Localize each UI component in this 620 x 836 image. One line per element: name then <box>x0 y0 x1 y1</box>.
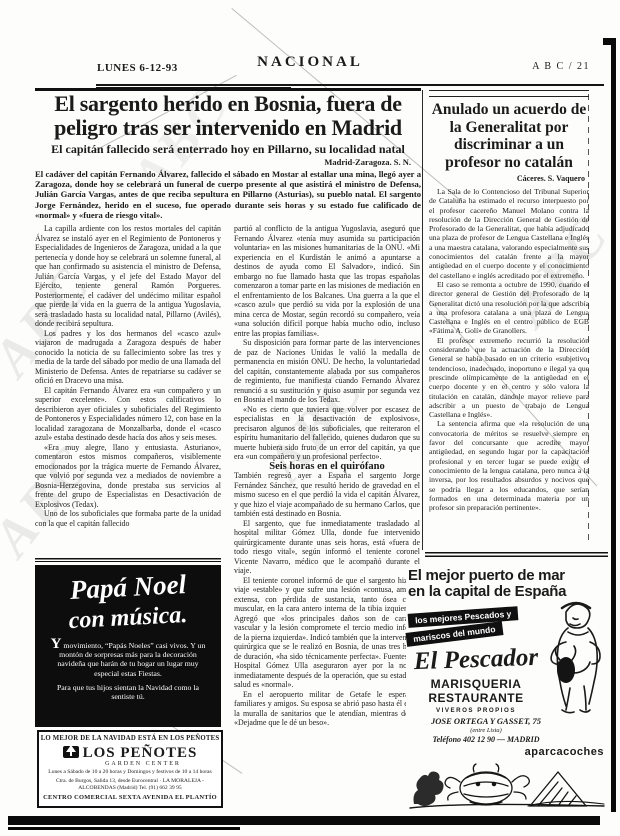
ad-body-text: Y movimiento, “Papás Noeles” casi vivos.… <box>45 640 211 678</box>
pescador-address: JOSE ORTEGA Y GASSET, 75 <box>406 716 566 726</box>
body-paragraph: El capitán Fernando Álvarez era «un comp… <box>35 386 221 443</box>
penotes-hours: Lunes a Sábado de 10 a 20 horas y Doming… <box>39 769 221 776</box>
penotes-footer: CENTRO COMERCIAL SEXTA AVENIDA EL PLANTÍ… <box>39 794 221 801</box>
right-article: Anulado un acuerdo de la Generalitat por… <box>429 90 589 548</box>
ad-papa-noel[interactable]: Papá Noel con música. Y movimiento, “Pap… <box>35 565 221 727</box>
penotes-tree-icon <box>63 744 79 763</box>
right-edge-notch <box>603 38 616 45</box>
pescador-logo: El Pescador <box>406 644 547 677</box>
column-left: La capilla ardiente con los restos morta… <box>35 224 221 562</box>
pescador-badge: los mejores Pescados y <box>408 606 519 628</box>
body-paragraph: El teniente coronel informó de que el sa… <box>234 576 420 690</box>
ad-separator-rule <box>425 552 608 559</box>
lead-paragraph: El cadáver del capitán Fernando Álvarez,… <box>35 169 421 220</box>
body-paragraph: También regresó ayer a España el sargent… <box>234 471 420 519</box>
pescador-address-detail: (entre Lista) <box>406 727 566 734</box>
marisqueria-label: MARISQUERIA <box>416 678 536 692</box>
body-paragraph: El caso se remonta a octubre de 1990, cu… <box>429 280 589 336</box>
column-divider <box>422 90 423 550</box>
viveros-label: VIVEROS PROPIOS <box>416 707 536 714</box>
section-title: NACIONAL <box>0 54 620 71</box>
bottom-edge-bar <box>8 816 600 825</box>
body-paragraph: La Sala de lo Contencioso del Tribunal S… <box>429 187 589 280</box>
body-paragraph: partió al conflicto de la antigua Yugosl… <box>234 224 420 338</box>
ad-body-text: Para que tus hijos sientan la Navidad co… <box>49 683 207 701</box>
body-paragraph: «No es cierto que tuviera que volver por… <box>234 405 420 462</box>
fisherman-illustration <box>536 598 608 721</box>
restaurante-label: RESTAURANTE <box>416 692 536 706</box>
penotes-logo-name: LOS PEÑOTES <box>83 745 198 762</box>
bottom-edge-bar-secondary <box>8 827 240 830</box>
body-paragraph: La sentencia afirma que «la resolución d… <box>429 419 589 512</box>
crab-illustration <box>408 760 606 815</box>
ad-los-penotes[interactable]: LO MEJOR DE LA NAVIDAD ESTÁ EN LOS PEÑOT… <box>37 730 223 808</box>
body-paragraph: Los padres y los dos hermanos del «casco… <box>35 329 221 386</box>
body-paragraph: Uno de los suboficiales que formaba part… <box>35 509 221 528</box>
pescador-headline-line: El mejor puerto de mar <box>408 568 565 584</box>
body-paragraph: En el aeropuerto militar de Getafe le es… <box>234 690 420 728</box>
body-paragraph: El profesor extremeño recurrió la resolu… <box>429 336 589 420</box>
body-paragraph: «Era muy alegre, llano y entusiasta. Ast… <box>35 443 221 510</box>
crosshead: Seis horas en el quirófano <box>234 462 420 472</box>
right-byline: Cáceres. S. Vaquero <box>429 174 585 183</box>
ad-separator-rule <box>35 558 221 562</box>
main-byline: Madrid-Zaragoza. S. N. <box>35 157 411 167</box>
aparcacoches-label: aparcacoches <box>525 746 604 758</box>
penotes-address: Ctra. de Burgos, Salida 13, desde Euroce… <box>39 778 221 792</box>
header-rule <box>96 84 604 86</box>
body-paragraph: Su disposición para formar parte de las … <box>234 338 420 405</box>
page-number: A B C / 21 <box>532 61 590 72</box>
body-paragraph: La capilla ardiente con los restos morta… <box>35 224 221 329</box>
ad-el-pescador[interactable]: El mejor puerto de mar en la capital de … <box>406 566 610 812</box>
right-article-top-rule <box>429 90 589 97</box>
main-subhead: El capitán fallecido será enterrado hoy … <box>35 142 421 157</box>
main-headline: El sargento herido en Bosnia, fuera de p… <box>35 92 421 140</box>
body-paragraph: El sargento, que fue inmediatamente tras… <box>234 519 420 576</box>
right-headline: Anulado un acuerdo de la Generalitat por… <box>429 101 589 171</box>
penotes-banner: LO MEJOR DE LA NAVIDAD ESTÁ EN LOS PEÑOT… <box>39 735 221 742</box>
pescador-phone: Teléfono 402 12 90 — MADRID <box>406 735 566 744</box>
column-middle: partió al conflicto de la antigua Yugosl… <box>234 224 420 810</box>
right-edge-bar <box>611 40 616 812</box>
